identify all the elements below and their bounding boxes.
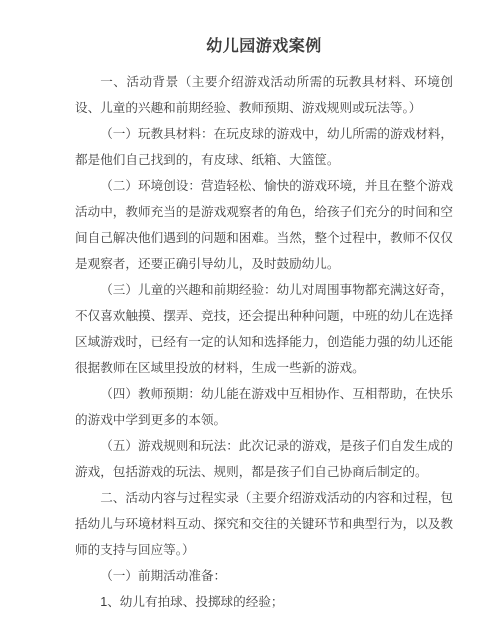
paragraph-environment-creation: （二）环境创设：营造轻松、愉快的游戏环境，并且在整个游戏活动中，教师充当的是游戏…	[75, 173, 453, 277]
paragraph-teacher-expectation: （四）教师预期：幼儿能在游戏中互相协作、互相帮助，在快乐的游戏中学到更多的本领。	[75, 381, 453, 433]
paragraph-preparation-item-1: 1、幼儿有拍球、投掷球的经验；	[75, 589, 453, 615]
document-title: 幼儿园游戏案例	[75, 36, 453, 58]
document-body: 一、活动背景（主要介绍游戏活动所需的玩教具材料、环境创设、儿童的兴趣和前期经验、…	[75, 69, 453, 615]
paragraph-activity-content-record: 二、活动内容与过程实录（主要介绍游戏活动的内容和过程，包括幼儿与环境材料互动、探…	[75, 485, 453, 563]
paragraph-activity-background: 一、活动背景（主要介绍游戏活动所需的玩教具材料、环境创设、儿童的兴趣和前期经验、…	[75, 69, 453, 121]
document-page: 幼儿园游戏案例 一、活动背景（主要介绍游戏活动所需的玩教具材料、环境创设、儿童的…	[0, 0, 500, 618]
paragraph-children-interest-experience: （三）儿童的兴趣和前期经验：幼儿对周围事物都充满这好奇，不仅喜欢触摸、摆弄、竞技…	[75, 277, 453, 381]
paragraph-preparation-heading: （一）前期活动准备：	[75, 563, 453, 589]
paragraph-play-materials: （一）玩教具材料：在玩皮球的游戏中，幼儿所需的游戏材料，都是他们自己找到的，有皮…	[75, 121, 453, 173]
paragraph-game-rules: （五）游戏规则和玩法：此次记录的游戏，是孩子们自发生成的游戏，包括游戏的玩法、规…	[75, 433, 453, 485]
